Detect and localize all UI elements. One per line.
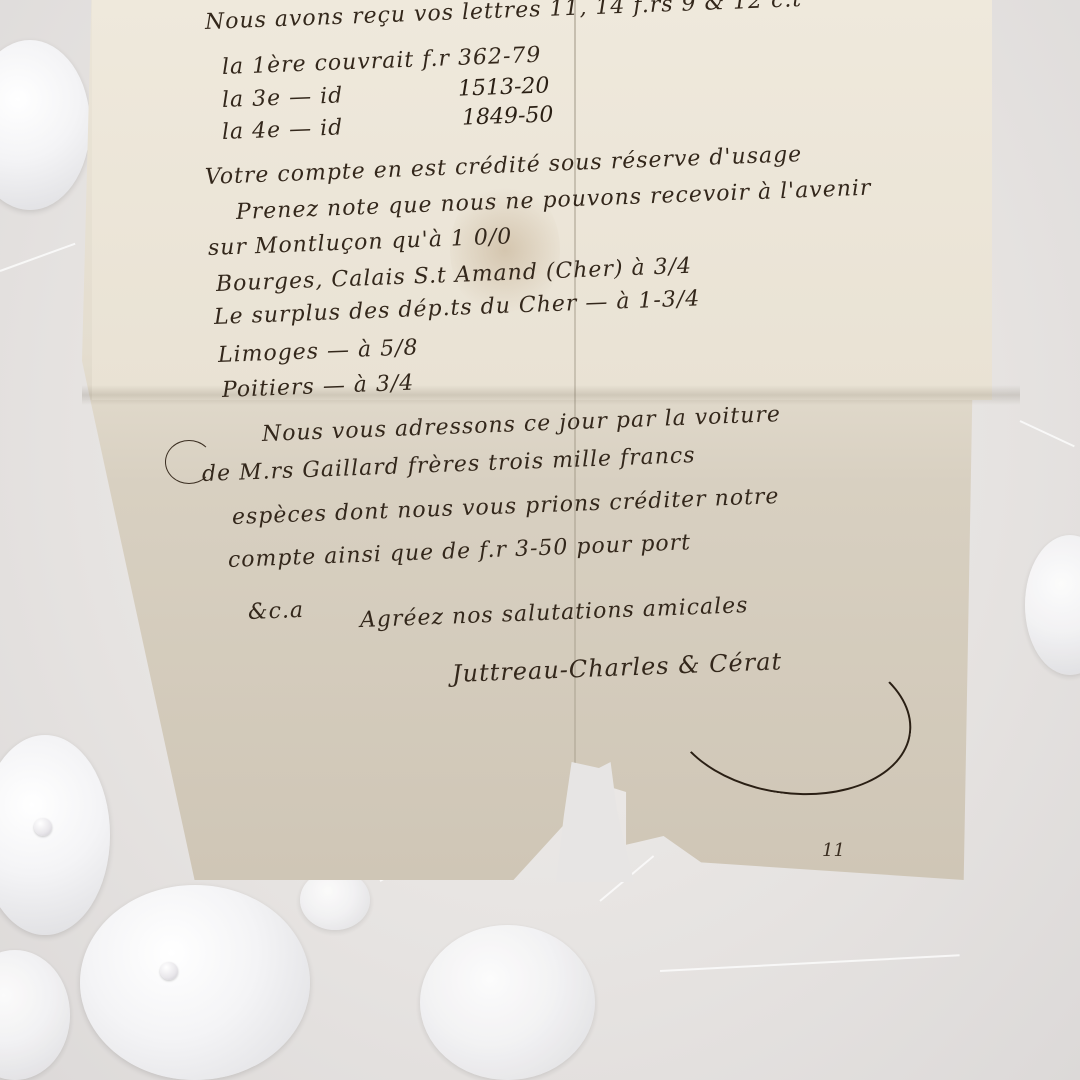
amount-third: 1513-20 [458, 73, 550, 101]
letter-line-10: Limoges — à 5/8 [218, 335, 419, 368]
satin-flower-bottom-center [420, 925, 595, 1080]
letter-line-12: Nous vous adressons ce jour par la voitu… [262, 402, 782, 447]
letter-line-13: de M.rs Gaillard frères trois mille fran… [202, 443, 696, 487]
letter-line-17: Agréez nos salutations amicales [360, 593, 749, 633]
page-mark: 11 [822, 840, 845, 861]
letter-line-16: &c.a [248, 598, 305, 625]
letter-line-4: la 4e — id [222, 115, 344, 145]
satin-flower-bottom-far-left [0, 950, 70, 1080]
letter-line-14: espèces dont nous vous prions créditer n… [232, 484, 780, 530]
embroidery-sprig [660, 954, 960, 972]
letter-line-7: sur Montluçon qu'à 1 0/0 [208, 224, 513, 261]
letter-line-11: Poitiers — à 3/4 [222, 371, 415, 403]
letter-line-3: la 3e — id [222, 83, 344, 113]
pearl-accent [160, 962, 178, 980]
letter-line-15: compte ainsi que de f.r 3-50 pour port [228, 530, 692, 573]
satin-flower-bottom-left [80, 885, 310, 1080]
handwritten-letter: Nous avons reçu vos lettres 11, 14 f.rs … [0, 0, 1080, 880]
letter-line-1: Nous avons reçu vos lettres 11, 14 f.rs … [205, 0, 803, 35]
amount-fourth: 1849-50 [462, 102, 554, 130]
